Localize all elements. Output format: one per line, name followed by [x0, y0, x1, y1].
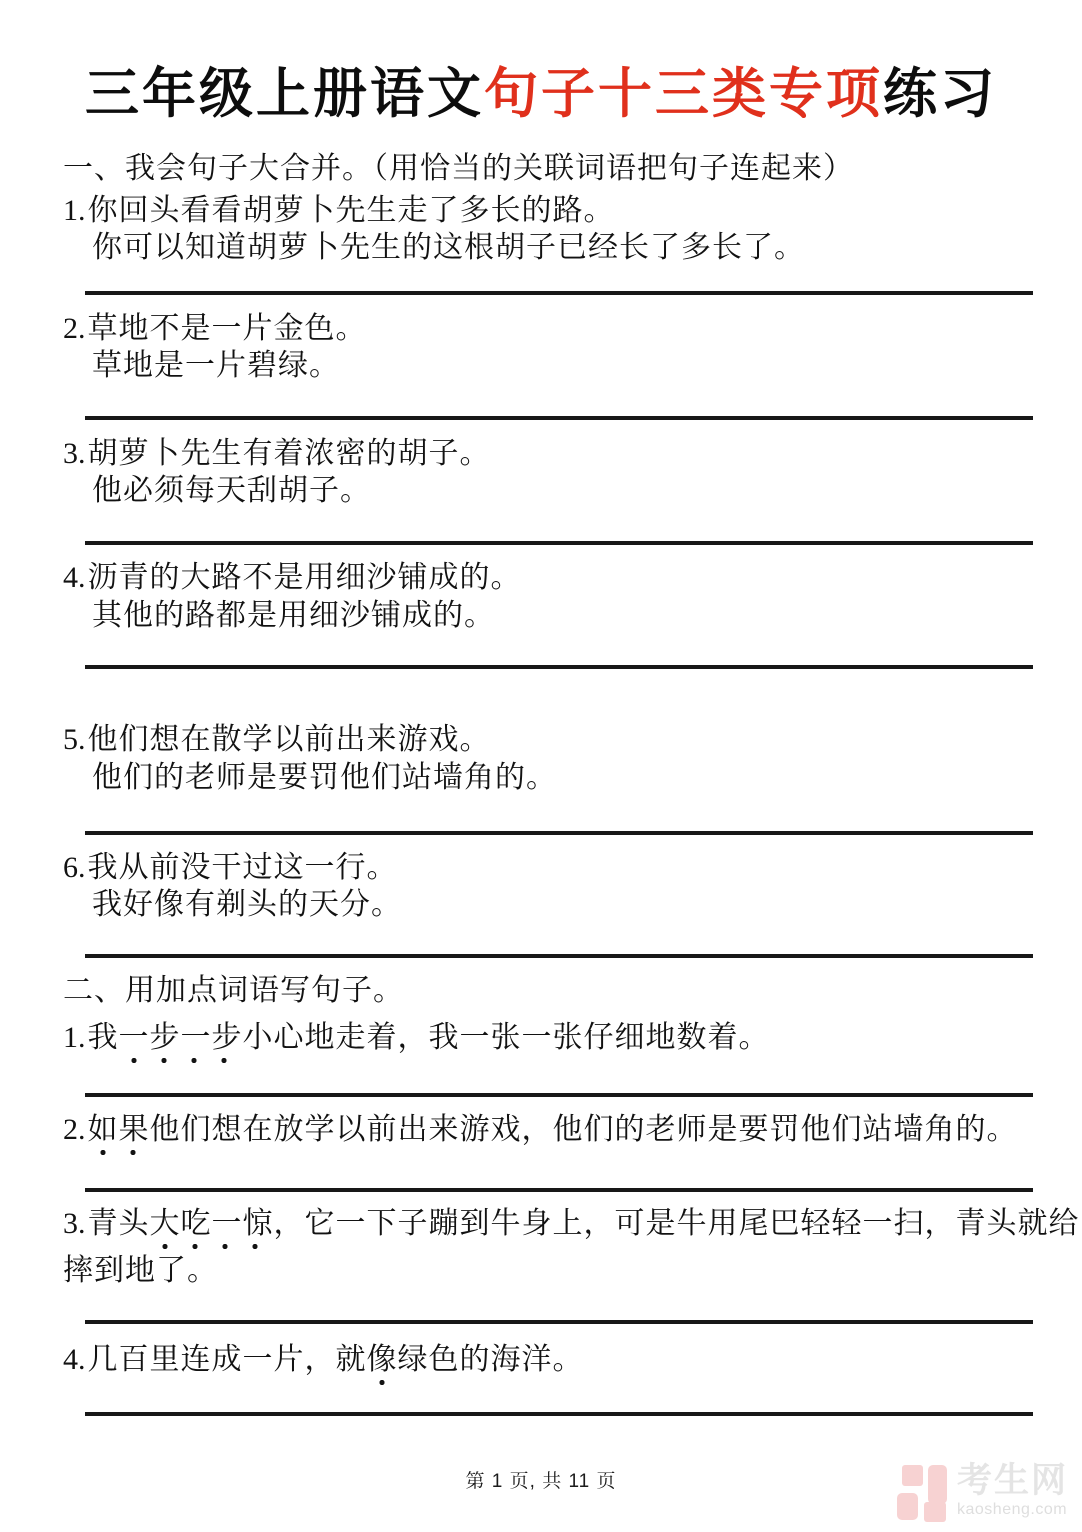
item-text: 小心地走着，我一张一张仔细地数着。: [243, 1021, 770, 1054]
item-text: 他们想在放学以前出来游戏，他们的老师是要罚他们站墙角的。: [150, 1113, 1018, 1146]
emphasized-word: 大吃一惊: [150, 1207, 274, 1250]
s1-item1-line2: 你可以知道胡萝卜先生的这根胡子已经长了多长了。: [92, 229, 805, 267]
logo-block: [897, 1493, 918, 1520]
item-text: 几百里连成一片，就: [88, 1343, 367, 1376]
title-red-highlight: 句子十三类专项: [484, 64, 883, 124]
answer-line: [85, 1188, 1033, 1192]
item-text: 草地不是一片金色。: [88, 312, 367, 345]
item-number: 6.: [63, 851, 88, 884]
s2-item4: 4.几百里连成一片，就像绿色的海洋。: [63, 1341, 584, 1379]
item-number: 1.: [63, 1021, 88, 1054]
item-text: 你回头看看胡萝卜先生走了多长的路。: [88, 194, 615, 227]
item-number: 3.: [63, 1207, 88, 1240]
s1-item2-line1: 2.草地不是一片金色。: [63, 310, 367, 348]
answer-line: [85, 416, 1033, 420]
item-number: 3.: [63, 437, 88, 470]
item-text: 绿色的海洋。: [398, 1343, 584, 1376]
s1-item6-line2: 我好像有剃头的天分。: [92, 886, 402, 924]
section2-heading: 二、用加点词语写句子。: [63, 972, 404, 1010]
s1-item5-line1: 5.他们想在散学以前出来游戏。: [63, 721, 491, 759]
emphasized-word: 如果: [88, 1113, 150, 1156]
page-title: 三年级上册语文句子十三类专项练习: [0, 58, 1082, 131]
answer-line: [85, 541, 1033, 545]
item-number: 5.: [63, 723, 88, 756]
answer-line: [85, 665, 1033, 669]
title-black-left: 三年级上册语文: [85, 64, 484, 124]
s1-item3-line1: 3.胡萝卜先生有着浓密的胡子。: [63, 435, 491, 473]
item-text: 青头: [88, 1207, 150, 1240]
answer-line: [85, 831, 1033, 835]
item-text: 胡萝卜先生有着浓密的胡子。: [88, 437, 491, 470]
item-text: 我从前没干过这一行。: [88, 851, 398, 884]
emphasized-word: 像: [367, 1343, 398, 1386]
s1-item6-line1: 6.我从前没干过这一行。: [63, 849, 398, 887]
s1-item3-line2: 他必须每天刮胡子。: [92, 472, 371, 510]
s2-item3-line1: 3.青头大吃一惊，它一下子蹦到牛身上，可是牛用尾巴轻轻一扫，青头就给: [63, 1205, 1080, 1243]
answer-line: [85, 1320, 1033, 1324]
answer-line: [85, 1093, 1033, 1097]
item-number: 4.: [63, 561, 88, 594]
item-text: 沥青的大路不是用细沙铺成的。: [88, 561, 522, 594]
answer-line: [85, 291, 1033, 295]
kaosheng-watermark: 考生网 kaosheng.com: [957, 1463, 1077, 1518]
logo-block: [928, 1465, 947, 1504]
s1-item4-line2: 其他的路都是用细沙铺成的。: [92, 597, 495, 635]
s2-item1: 1.我一步一步小心地走着，我一张一张仔细地数着。: [63, 1019, 770, 1057]
section1-heading: 一、我会句子大合并。（用恰当的关联词语把句子连起来）: [63, 150, 854, 188]
kaosheng-logo-icon: [897, 1463, 951, 1525]
worksheet-page: 三年级上册语文句子十三类专项练习 一、我会句子大合并。（用恰当的关联词语把句子连…: [0, 0, 1082, 1532]
item-number: 2.: [63, 1113, 88, 1146]
s1-item2-line2: 草地是一片碧绿。: [92, 347, 340, 385]
s1-item1-line1: 1.你回头看看胡萝卜先生走了多长的路。: [63, 192, 615, 230]
watermark-domain: kaosheng.com: [957, 1502, 1077, 1518]
answer-line: [85, 954, 1033, 958]
s2-item2: 2.如果他们想在放学以前出来游戏，他们的老师是要罚他们站墙角的。: [63, 1111, 1018, 1149]
item-text: 他们想在散学以前出来游戏。: [88, 723, 491, 756]
item-number: 2.: [63, 312, 88, 345]
item-text: ，它一下子蹦到牛身上，可是牛用尾巴轻轻一扫，青头就给: [274, 1207, 1080, 1240]
item-number: 4.: [63, 1343, 88, 1376]
emphasized-word: 一步一步: [119, 1021, 243, 1064]
watermark-site-name: 考生网: [957, 1463, 1077, 1498]
s1-item5-line2: 他们的老师是要罚他们站墙角的。: [92, 759, 557, 797]
answer-line: [85, 1412, 1033, 1416]
logo-block: [902, 1465, 923, 1486]
s2-item3-line2: 摔到地了。: [63, 1252, 218, 1290]
item-number: 1.: [63, 194, 88, 227]
s1-item4-line1: 4.沥青的大路不是用细沙铺成的。: [63, 559, 522, 597]
logo-block: [924, 1502, 946, 1522]
item-text: 我: [88, 1021, 119, 1054]
title-black-right: 练习: [883, 64, 997, 124]
